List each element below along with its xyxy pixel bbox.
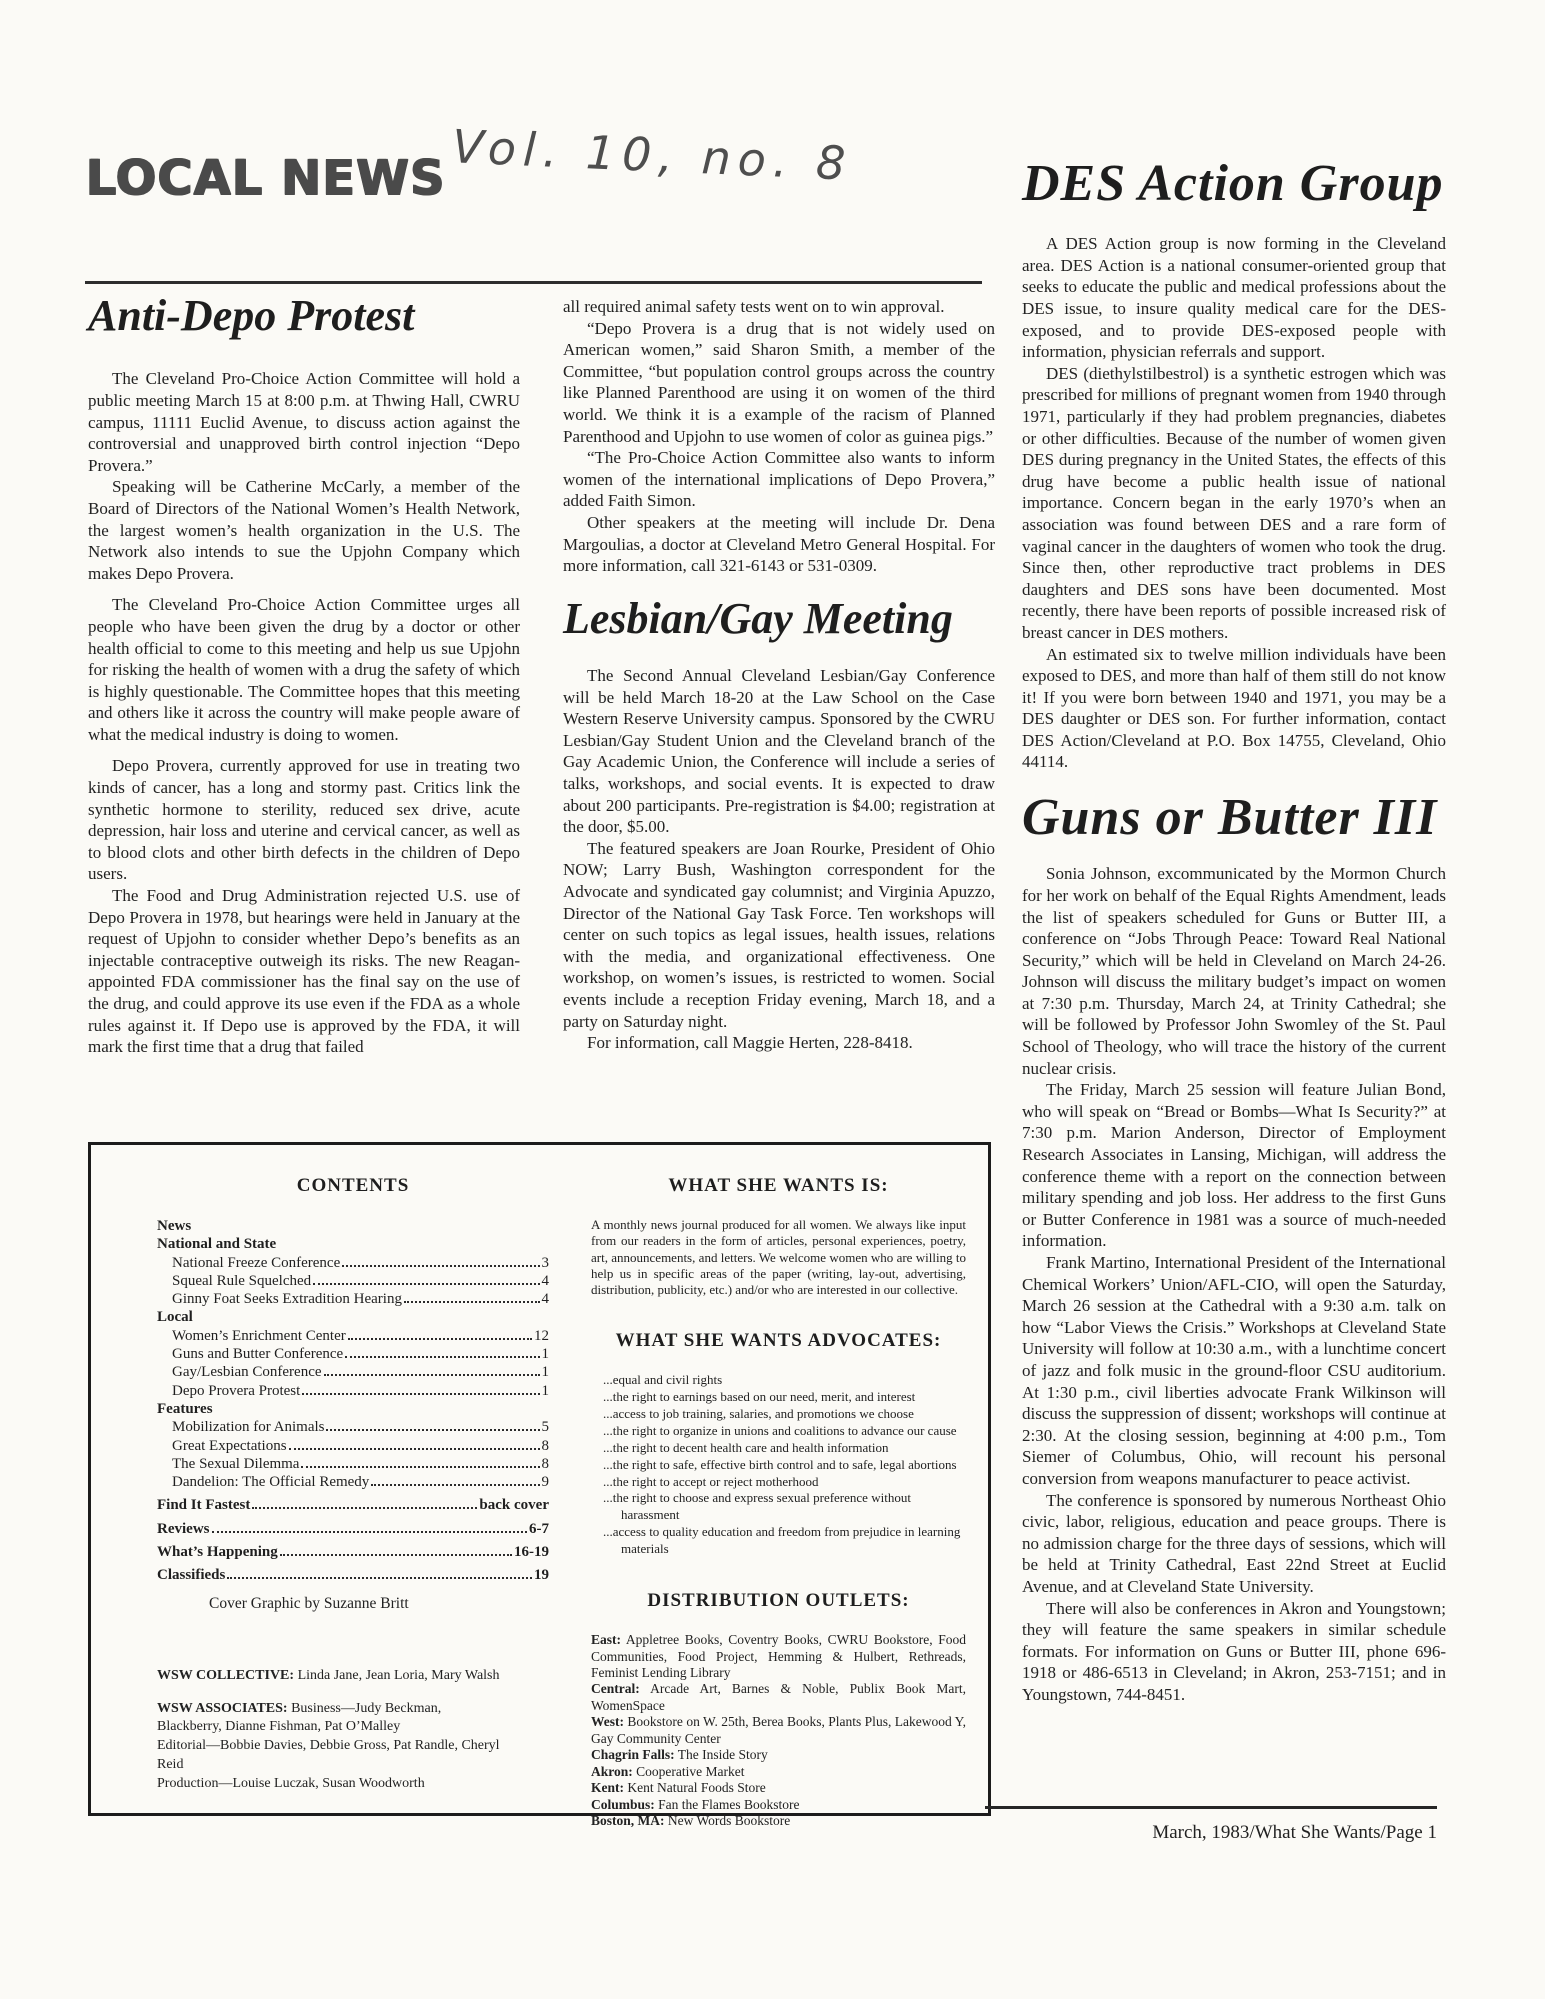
credit-names: Production—Louise Luczak, Susan Woodwort… bbox=[157, 1776, 425, 1791]
toc-entry-page: 3 bbox=[542, 1254, 550, 1272]
toc-entry-label: National and State bbox=[157, 1235, 276, 1253]
article-title-lesbian-gay: Lesbian/Gay Meeting bbox=[563, 595, 995, 643]
distribution-names: Appletree Books, Coventry Books, CWRU Bo… bbox=[591, 1632, 966, 1680]
toc-entry: Find It Fastest back cover bbox=[157, 1496, 549, 1514]
dotted-leader bbox=[342, 1265, 539, 1267]
paragraph: For information, call Maggie Herten, 228… bbox=[563, 1032, 995, 1054]
paragraph: Other speakers at the meeting will inclu… bbox=[563, 512, 995, 577]
toc-entry-label: Find It Fastest bbox=[157, 1496, 250, 1514]
paragraph: The featured speakers are Joan Rourke, P… bbox=[563, 838, 995, 1032]
paragraph: DES (diethylstilbestrol) is a synthetic … bbox=[1022, 363, 1446, 644]
distribution-entry: Chagrin Falls: The Inside Story bbox=[591, 1747, 966, 1763]
paragraph: Speaking will be Catherine McCarly, a me… bbox=[88, 476, 520, 584]
paragraph: Sonia Johnson, excommunicated by the Mor… bbox=[1022, 863, 1446, 1079]
toc-entry-page: 4 bbox=[542, 1272, 550, 1290]
toc-entry-label: Guns and Butter Conference bbox=[172, 1345, 343, 1363]
distribution-list: East: Appletree Books, Coventry Books, C… bbox=[591, 1632, 966, 1830]
masthead-info-box: CONTENTS News National and State Nationa… bbox=[88, 1142, 991, 1816]
distribution-place: Kent: bbox=[591, 1780, 624, 1795]
anti-depo-text-col2: all required animal safety tests went on… bbox=[563, 296, 995, 577]
distribution-names: Fan the Flames Bookstore bbox=[658, 1797, 799, 1812]
distribution-entry: Columbus: Fan the Flames Bookstore bbox=[591, 1797, 966, 1813]
paragraph: The Cleveland Pro-Choice Action Committe… bbox=[88, 594, 520, 745]
toc-entry: Squeal Rule Squelched 4 bbox=[157, 1272, 549, 1290]
dotted-leader bbox=[371, 1484, 539, 1486]
distribution-names: New Words Bookstore bbox=[668, 1813, 790, 1828]
distribution-entry: Central: Arcade Art, Barnes & Noble, Pub… bbox=[591, 1681, 966, 1714]
dotted-leader bbox=[348, 1338, 532, 1340]
contents-title: CONTENTS bbox=[157, 1175, 549, 1197]
article-title-guns-or-butter: Guns or Butter III bbox=[1022, 789, 1446, 847]
paragraph: Depo Provera, currently approved for use… bbox=[88, 755, 520, 885]
distribution-names: Arcade Art, Barnes & Noble, Publix Book … bbox=[591, 1681, 966, 1712]
advocates-list: ...equal and civil rights...the right to… bbox=[591, 1372, 966, 1558]
advocate-item: ...the right to earnings based on our ne… bbox=[591, 1389, 966, 1406]
dotted-leader bbox=[252, 1507, 477, 1509]
paragraph: “Depo Provera is a drug that is not wide… bbox=[563, 318, 995, 448]
paragraph: There will also be conferences in Akron … bbox=[1022, 1598, 1446, 1706]
toc-entry-label: Great Expectations bbox=[172, 1437, 287, 1455]
toc-entry: Women’s Enrichment Center 12 bbox=[157, 1327, 549, 1345]
toc-entry-page: 16-19 bbox=[514, 1543, 549, 1561]
distribution-place: West: bbox=[591, 1714, 624, 1729]
toc-entry: Classifieds 19 bbox=[157, 1566, 549, 1584]
distribution-place: Akron: bbox=[591, 1764, 633, 1779]
distribution-names: The Inside Story bbox=[678, 1747, 768, 1762]
paragraph: The Friday, March 25 session will featur… bbox=[1022, 1079, 1446, 1252]
section-logo: LOCAL NEWS bbox=[85, 150, 445, 206]
paragraph: An estimated six to twelve million indiv… bbox=[1022, 644, 1446, 774]
toc-entry-label: Gay/Lesbian Conference bbox=[172, 1363, 322, 1381]
anti-depo-text-col1: The Cleveland Pro-Choice Action Committe… bbox=[88, 368, 520, 1057]
paragraph: “The Pro-Choice Action Committee also wa… bbox=[563, 447, 995, 512]
guns-or-butter-text: Sonia Johnson, excommunicated by the Mor… bbox=[1022, 863, 1446, 1705]
toc-entry: Guns and Butter Conference 1 bbox=[157, 1345, 549, 1363]
toc-entry-page: 1 bbox=[542, 1363, 550, 1381]
toc-entry-label: Mobilization for Animals bbox=[172, 1418, 324, 1436]
contents-column: CONTENTS News National and State Nationa… bbox=[157, 1175, 549, 1794]
distribution-place: Columbus: bbox=[591, 1797, 655, 1812]
advocate-item: ...the right to choose and express sexua… bbox=[591, 1490, 966, 1524]
toc-entry: Reviews 6-7 bbox=[157, 1520, 549, 1538]
what-she-wants-is-title: WHAT SHE WANTS IS: bbox=[591, 1175, 966, 1197]
toc-entry-label: Local bbox=[157, 1308, 193, 1326]
dotted-leader bbox=[212, 1531, 528, 1533]
credit-row: WSW COLLECTIVE: Linda Jane, Jean Loria, … bbox=[157, 1667, 505, 1686]
toc-entry-label: Features bbox=[157, 1400, 213, 1418]
paragraph: The conference is sponsored by numerous … bbox=[1022, 1490, 1446, 1598]
toc-entry-label: Depo Provera Protest bbox=[172, 1382, 300, 1400]
paragraph: The Food and Drug Administration rejecte… bbox=[88, 885, 520, 1058]
paragraph: all required animal safety tests went on… bbox=[563, 296, 995, 318]
toc-entry: Depo Provera Protest 1 bbox=[157, 1382, 549, 1400]
toc-entry-label: Women’s Enrichment Center bbox=[172, 1327, 346, 1345]
distribution-place: Boston, MA: bbox=[591, 1813, 665, 1828]
toc-entry-label: The Sexual Dilemma bbox=[172, 1455, 299, 1473]
column-2: all required animal safety tests went on… bbox=[563, 296, 995, 1054]
distribution-entry: East: Appletree Books, Coventry Books, C… bbox=[591, 1632, 966, 1681]
dotted-leader bbox=[289, 1448, 540, 1450]
column-1: Anti-Depo Protest The Cleveland Pro-Choi… bbox=[88, 292, 520, 1058]
advocate-item: ...equal and civil rights bbox=[591, 1372, 966, 1389]
toc-entry-label: What’s Happening bbox=[157, 1543, 278, 1561]
toc-entry-page: 8 bbox=[542, 1455, 550, 1473]
dotted-leader bbox=[313, 1283, 539, 1285]
toc-entry: Dandelion: The Official Remedy 9 bbox=[157, 1473, 549, 1491]
dotted-leader bbox=[324, 1374, 540, 1376]
toc-entry-page: 4 bbox=[542, 1290, 550, 1308]
dotted-leader bbox=[227, 1577, 532, 1579]
distribution-place: Chagrin Falls: bbox=[591, 1747, 675, 1762]
toc-entry-label: News bbox=[157, 1217, 191, 1235]
toc-entry: National Freeze Conference 3 bbox=[157, 1254, 549, 1272]
advocates-title: WHAT SHE WANTS ADVOCATES: bbox=[591, 1330, 966, 1352]
credit-names: Linda Jane, Jean Loria, Mary Walsh bbox=[298, 1668, 500, 1683]
toc-entry-page: 6-7 bbox=[529, 1520, 549, 1538]
paragraph: A DES Action group is now forming in the… bbox=[1022, 233, 1446, 363]
toc-entry-page: back cover bbox=[479, 1496, 549, 1514]
staff-credits: WSW COLLECTIVE: Linda Jane, Jean Loria, … bbox=[157, 1667, 505, 1794]
credit-names: Editorial—Bobbie Davies, Debbie Gross, P… bbox=[157, 1738, 500, 1772]
page-footer: March, 1983/What She Wants/Page 1 bbox=[990, 1822, 1437, 1844]
toc-entry: Local bbox=[157, 1308, 549, 1326]
distribution-entry: Akron: Cooperative Market bbox=[591, 1764, 966, 1780]
distribution-names: Cooperative Market bbox=[636, 1764, 744, 1779]
distribution-place: East: bbox=[591, 1632, 621, 1647]
toc-entry-page: 9 bbox=[542, 1473, 550, 1491]
newsletter-page: LOCAL NEWS Vol. 10, no. 8 Anti-Depo Prot… bbox=[0, 0, 1545, 1999]
toc-entry: News bbox=[157, 1217, 549, 1235]
credit-role-label: WSW ASSOCIATES: bbox=[157, 1701, 288, 1716]
advocate-item: ...the right to safe, effective birth co… bbox=[591, 1457, 966, 1474]
credit-row: Editorial—Bobbie Davies, Debbie Gross, P… bbox=[157, 1737, 505, 1775]
toc-entry: National and State bbox=[157, 1235, 549, 1253]
credit-row: Production—Louise Luczak, Susan Woodwort… bbox=[157, 1775, 505, 1794]
toc-entry-page: 8 bbox=[542, 1437, 550, 1455]
distribution-place: Central: bbox=[591, 1681, 640, 1696]
footer-rule bbox=[985, 1806, 1437, 1809]
cover-credit: Cover Graphic by Suzanne Britt bbox=[157, 1595, 549, 1613]
what-she-wants-is-text: A monthly news journal produced for all … bbox=[591, 1217, 966, 1298]
dotted-leader bbox=[326, 1429, 539, 1431]
des-action-text: A DES Action group is now forming in the… bbox=[1022, 233, 1446, 773]
advocate-item: ...the right to accept or reject motherh… bbox=[591, 1474, 966, 1491]
advocate-item: ...the right to organize in unions and c… bbox=[591, 1423, 966, 1440]
lesbian-gay-text: The Second Annual Cleveland Lesbian/Gay … bbox=[563, 665, 995, 1054]
paragraph: The Cleveland Pro-Choice Action Committe… bbox=[88, 368, 520, 476]
article-title-anti-depo: Anti-Depo Protest bbox=[88, 292, 520, 340]
header-rule bbox=[85, 281, 982, 284]
toc-entry: Gay/Lesbian Conference 1 bbox=[157, 1363, 549, 1381]
distribution-entry: Kent: Kent Natural Foods Store bbox=[591, 1780, 966, 1796]
advocate-item: ...access to job training, salaries, and… bbox=[591, 1406, 966, 1423]
toc-entry-label: National Freeze Conference bbox=[172, 1254, 340, 1272]
toc-entry-label: Squeal Rule Squelched bbox=[172, 1272, 311, 1290]
article-title-des-action: DES Action Group bbox=[1022, 155, 1446, 213]
paragraph: Frank Martino, International President o… bbox=[1022, 1252, 1446, 1490]
table-of-contents: News National and State National Freeze … bbox=[157, 1217, 549, 1585]
toc-entry: What’s Happening 16-19 bbox=[157, 1543, 549, 1561]
toc-entry: The Sexual Dilemma 8 bbox=[157, 1455, 549, 1473]
about-column: WHAT SHE WANTS IS: A monthly news journa… bbox=[591, 1175, 966, 1830]
toc-entry: Mobilization for Animals 5 bbox=[157, 1418, 549, 1436]
toc-entry-page: 12 bbox=[534, 1327, 549, 1345]
toc-entry: Ginny Foat Seeks Extradition Hearing 4 bbox=[157, 1290, 549, 1308]
toc-entry-page: 1 bbox=[542, 1345, 550, 1363]
credit-row: WSW ASSOCIATES: Business—Judy Beckman, B… bbox=[157, 1700, 505, 1738]
toc-entry-label: Dandelion: The Official Remedy bbox=[172, 1473, 369, 1491]
advocate-item: ...the right to decent health care and h… bbox=[591, 1440, 966, 1457]
dotted-leader bbox=[302, 1393, 539, 1395]
distribution-entry: West: Bookstore on W. 25th, Berea Books,… bbox=[591, 1714, 966, 1747]
volume-annotation: Vol. 10, no. 8 bbox=[451, 119, 854, 190]
distribution-names: Bookstore on W. 25th, Berea Books, Plant… bbox=[591, 1714, 966, 1745]
dotted-leader bbox=[301, 1466, 539, 1468]
dotted-leader bbox=[345, 1356, 539, 1358]
toc-entry-label: Reviews bbox=[157, 1520, 210, 1538]
distribution-title: DISTRIBUTION OUTLETS: bbox=[591, 1590, 966, 1612]
advocate-item: ...access to quality education and freed… bbox=[591, 1524, 966, 1558]
dotted-leader bbox=[280, 1554, 512, 1556]
toc-entry-page: 19 bbox=[534, 1566, 549, 1584]
dotted-leader bbox=[404, 1301, 540, 1303]
distribution-entry: Boston, MA: New Words Bookstore bbox=[591, 1813, 966, 1829]
toc-entry: Great Expectations 8 bbox=[157, 1437, 549, 1455]
credit-role-label: WSW COLLECTIVE: bbox=[157, 1668, 294, 1683]
toc-entry-label: Ginny Foat Seeks Extradition Hearing bbox=[172, 1290, 402, 1308]
toc-entry-page: 5 bbox=[542, 1418, 550, 1436]
toc-entry-page: 1 bbox=[542, 1382, 550, 1400]
distribution-names: Kent Natural Foods Store bbox=[627, 1780, 765, 1795]
toc-entry: Features bbox=[157, 1400, 549, 1418]
paragraph: The Second Annual Cleveland Lesbian/Gay … bbox=[563, 665, 995, 838]
column-3: DES Action Group A DES Action group is n… bbox=[1022, 155, 1446, 1705]
toc-entry-label: Classifieds bbox=[157, 1566, 225, 1584]
